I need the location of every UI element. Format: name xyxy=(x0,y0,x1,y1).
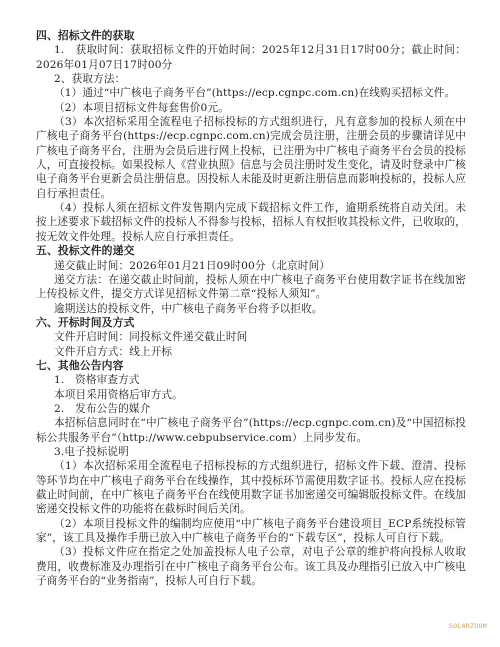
e-bidding-2: （2）本项目投标文件的编制均应使用“中广核电子商务平台建设项目_ECP系统投标管… xyxy=(36,517,466,546)
section-heading-opening: 六、开标时间及方式 xyxy=(36,316,466,330)
qualification-title: 1. 资格审查方式 xyxy=(36,373,466,387)
section-heading-obtain-docs: 四、招标文件的获取 xyxy=(36,29,466,43)
submit-deadline: 递交截止时间：2026年01月21日09时00分（北京时间） xyxy=(36,259,466,273)
obtain-method-2: （2）本项目招标文件每套售价0元。 xyxy=(36,101,466,115)
media-title: 2. 发布公告的媒介 xyxy=(36,402,466,416)
obtain-method-3: （3）本次招标采用全流程电子招标投标的方式组织进行，凡有意参加的投标人须在中广核… xyxy=(36,115,466,201)
announcement-document: 四、招标文件的获取 1. 获取时间：获取招标文件的开始时间：2025年12月31… xyxy=(36,29,466,588)
submit-method: 递交方法：在递交截止时间前，投标人须在中广核电子商务平台使用数字证书在线加密上传… xyxy=(36,273,466,302)
watermark-logo: SOLARZOOM xyxy=(449,622,487,630)
e-bidding-title: 3.电子投标说明 xyxy=(36,445,466,459)
qualification-body: 本项目采用资格后审方式。 xyxy=(36,388,466,402)
late-submission-note: 逾期送达的投标文件，中广核电子商务平台将予以拒收。 xyxy=(36,302,466,316)
e-bidding-3: （3）投标文件应在指定之处加盖投标人电子公章，对电子公章的维护将向投标人收取费用… xyxy=(36,545,466,588)
section-heading-submit: 五、投标文件的递交 xyxy=(36,244,466,258)
media-body: 本招标信息同时在“中广核电子商务平台”(https://ecp.cgnpc.co… xyxy=(36,416,466,445)
section-heading-other: 七、其他公告内容 xyxy=(36,359,466,373)
obtain-time: 1. 获取时间：获取招标文件的开始时间：2025年12月31日17时00分；截止… xyxy=(36,43,466,72)
opening-method: 文件开启方式：线上开标 xyxy=(36,345,466,359)
opening-time: 文件开启时间：同投标文件递交截止时间 xyxy=(36,330,466,344)
e-bidding-1: （1）本次招标采用全流程电子招标投标的方式组织进行，招标文件下载、澄清、投标等环… xyxy=(36,459,466,516)
obtain-method-title: 2、获取方法： xyxy=(36,72,466,86)
obtain-method-4: （4）投标人须在招标文件发售期内完成下载招标文件工作，逾期系统将自动关闭。未按上… xyxy=(36,201,466,244)
obtain-method-1: （1）通过“中广核电子商务平台”(https://ecp.cgnpc.com.c… xyxy=(36,86,466,100)
